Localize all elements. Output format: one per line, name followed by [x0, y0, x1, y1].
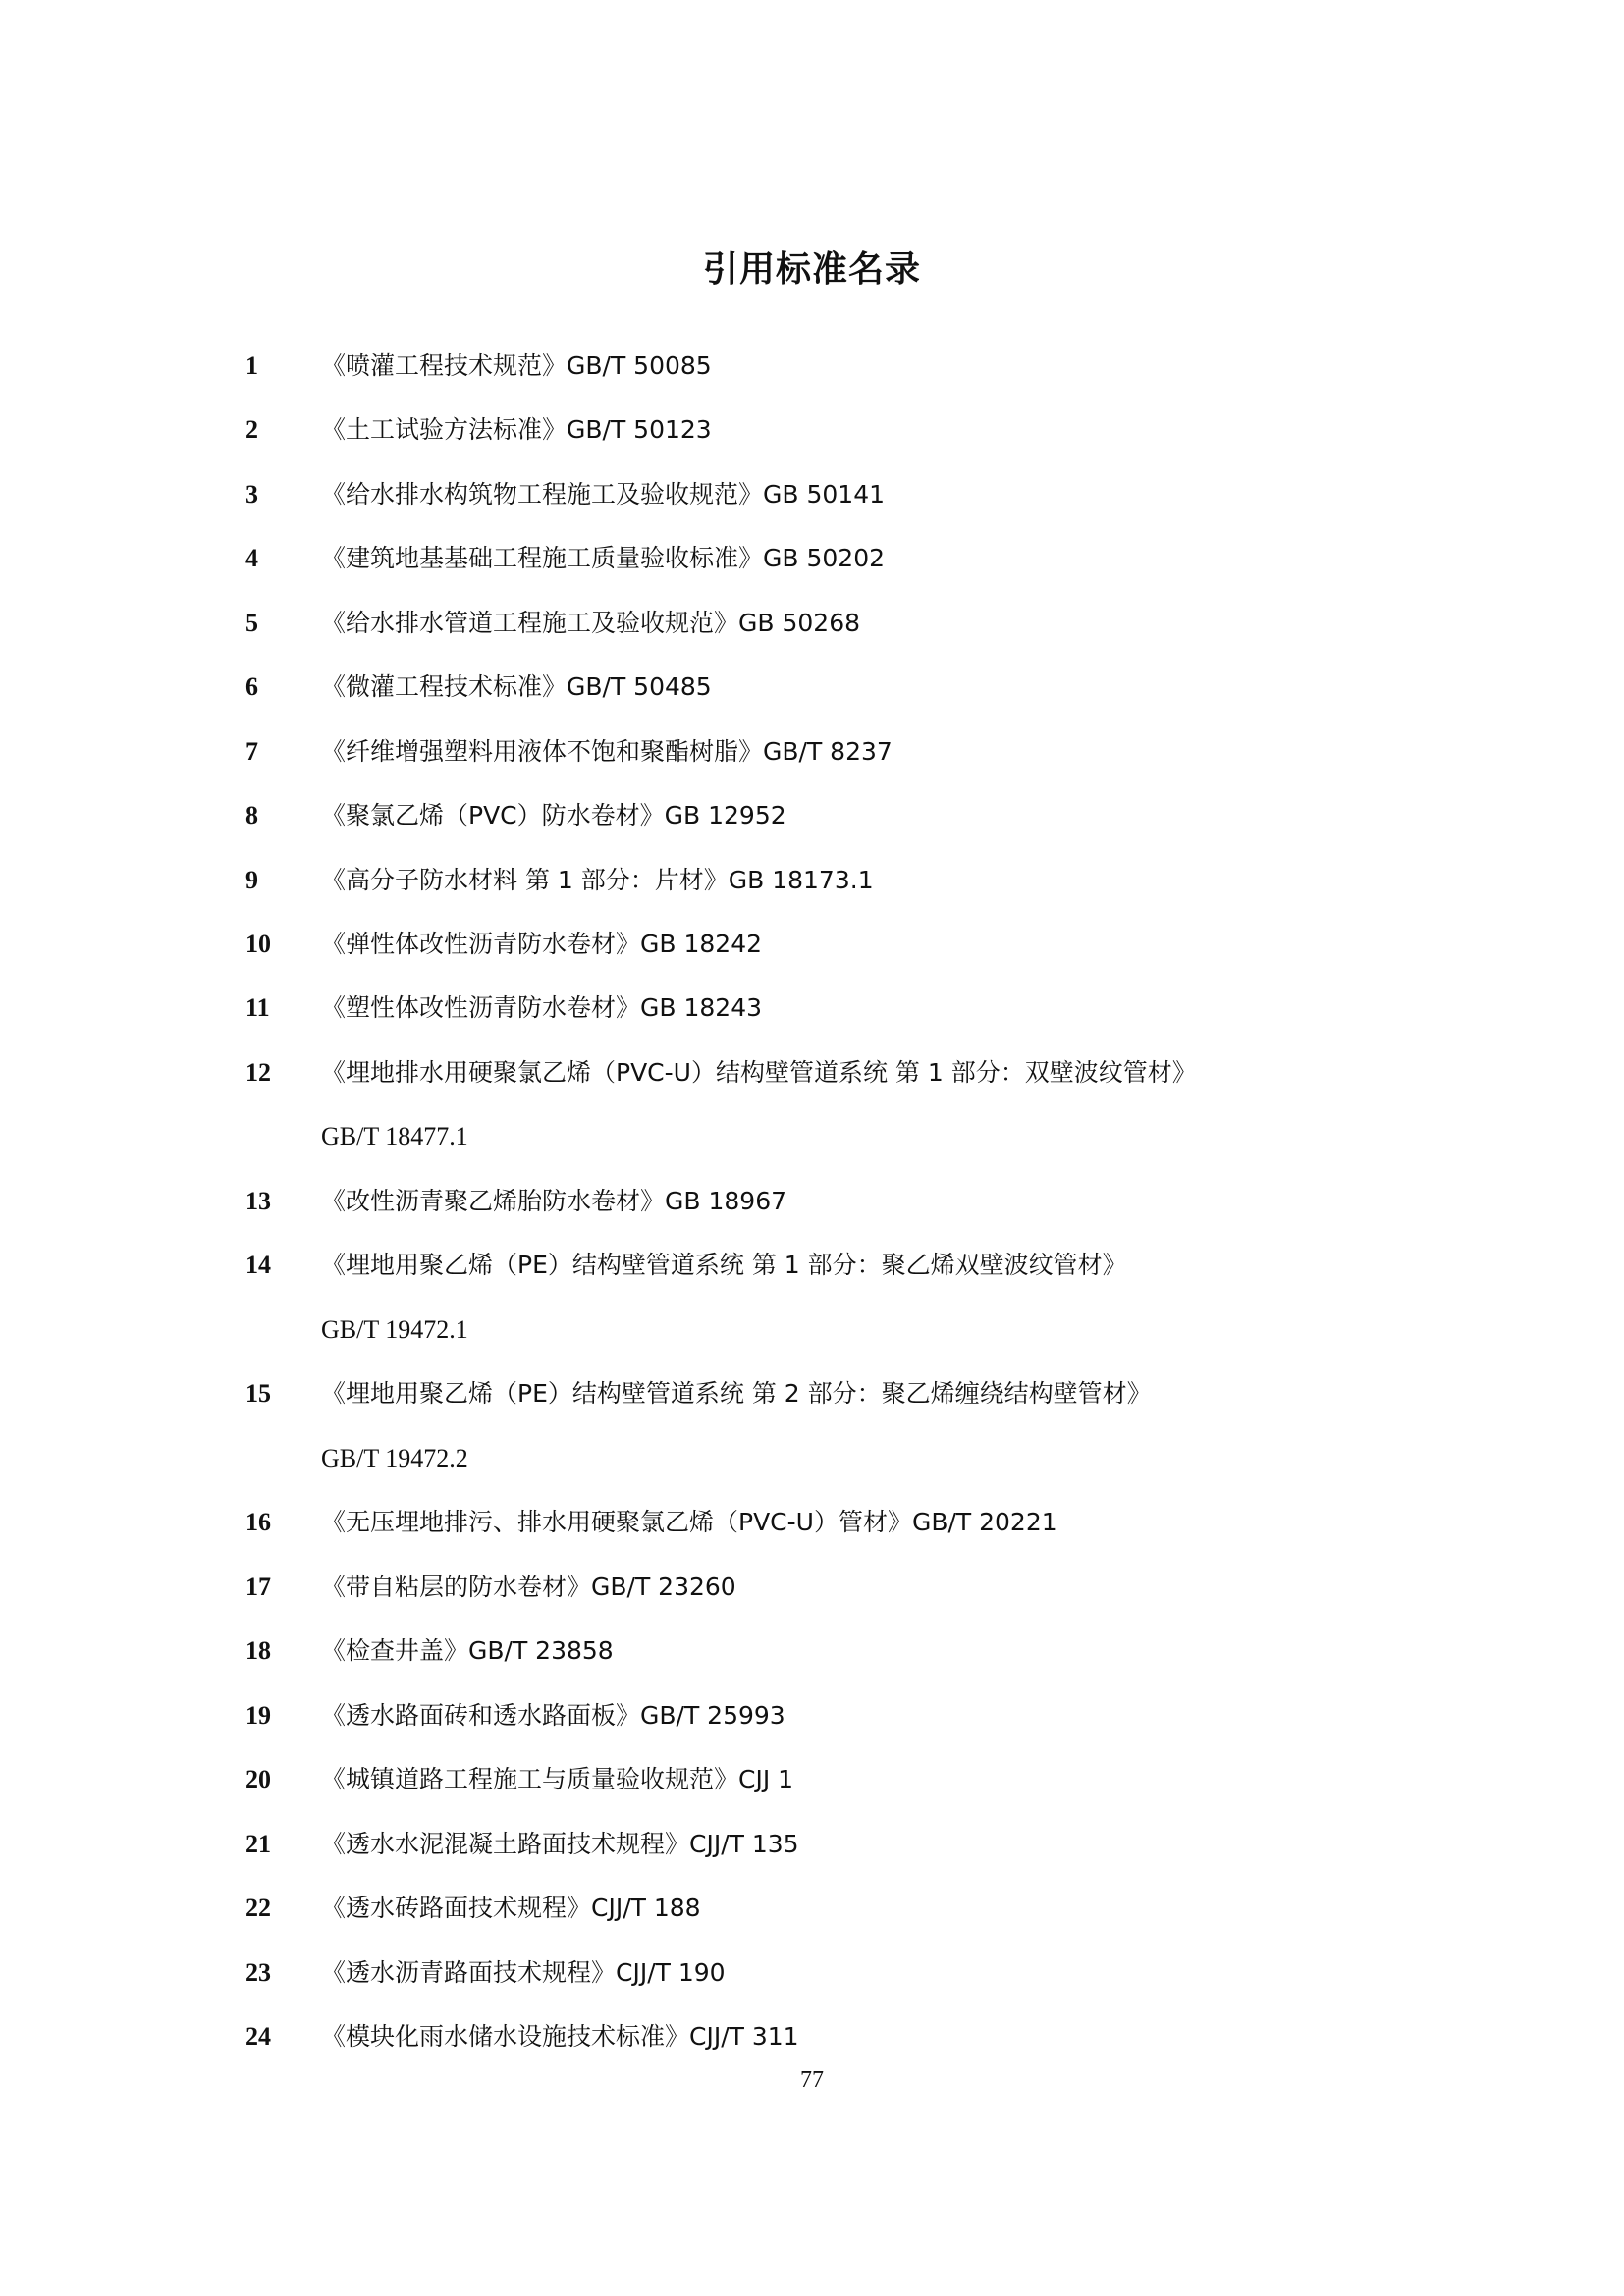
list-item: 7 《纤维增强塑料用液体不饱和聚酯树脂》GB/T 8237	[0, 732, 1624, 772]
item-text: 《聚氯乙烯（PVC）防水卷材》GB 12952	[321, 796, 786, 835]
item-text: 《带自粘层的防水卷材》GB/T 23260	[321, 1568, 736, 1607]
item-number: 20	[245, 1760, 271, 1799]
item-text: 《给水排水管道工程施工及验收规范》GB 50268	[321, 604, 860, 643]
item-number: 14	[245, 1246, 271, 1285]
list-item: 24 《模块化雨水储水设施技术标准》CJJ/T 311	[0, 2017, 1624, 2056]
item-code: GB/T 19472.1	[321, 1310, 468, 1350]
item-number: 4	[245, 539, 258, 578]
item-number: 8	[245, 796, 258, 835]
list-item: 2 《土工试验方法标准》GB/T 50123	[0, 410, 1624, 450]
list-item: 3 《给水排水构筑物工程施工及验收规范》GB 50141	[0, 475, 1624, 514]
list-item-continuation: GB/T 18477.1	[0, 1117, 1624, 1156]
item-code: GB/T 18477.1	[321, 1117, 468, 1156]
item-text: 《纤维增强塑料用液体不饱和聚酯树脂》GB/T 8237	[321, 732, 893, 772]
list-item: 10 《弹性体改性沥青防水卷材》GB 18242	[0, 925, 1624, 964]
item-number: 23	[245, 1953, 271, 1993]
item-number: 6	[245, 667, 258, 707]
page-title: 引用标准名录	[0, 241, 1624, 292]
item-text: 《透水沥青路面技术规程》CJJ/T 190	[321, 1953, 726, 1993]
item-text: 《透水路面砖和透水路面板》GB/T 25993	[321, 1696, 785, 1735]
list-item: 15 《埋地用聚乙烯（PE）结构壁管道系统 第 2 部分：聚乙烯缠绕结构壁管材》	[0, 1374, 1624, 1414]
list-item: 8 《聚氯乙烯（PVC）防水卷材》GB 12952	[0, 796, 1624, 835]
item-number: 2	[245, 410, 258, 450]
item-text: 《给水排水构筑物工程施工及验收规范》GB 50141	[321, 475, 885, 514]
item-number: 11	[245, 988, 270, 1028]
list-item: 20 《城镇道路工程施工与质量验收规范》CJJ 1	[0, 1760, 1624, 1799]
list-item: 6 《微灌工程技术标准》GB/T 50485	[0, 667, 1624, 707]
item-text: 《模块化雨水储水设施技术标准》CJJ/T 311	[321, 2017, 799, 2056]
item-number: 13	[245, 1182, 271, 1221]
list-item: 1 《喷灌工程技术规范》GB/T 50085	[0, 347, 1624, 386]
item-text: 《检查井盖》GB/T 23858	[321, 1631, 614, 1671]
item-text: 《埋地用聚乙烯（PE）结构壁管道系统 第 1 部分：聚乙烯双壁波纹管材》	[321, 1246, 1127, 1285]
list-item: 22 《透水砖路面技术规程》CJJ/T 188	[0, 1889, 1624, 1928]
list-item: 5 《给水排水管道工程施工及验收规范》GB 50268	[0, 604, 1624, 643]
item-text: 《弹性体改性沥青防水卷材》GB 18242	[321, 925, 762, 964]
item-number: 12	[245, 1053, 271, 1093]
item-number: 24	[245, 2017, 271, 2056]
list-item: 17 《带自粘层的防水卷材》GB/T 23260	[0, 1568, 1624, 1607]
item-number: 21	[245, 1825, 271, 1864]
list-item: 21 《透水水泥混凝土路面技术规程》CJJ/T 135	[0, 1825, 1624, 1864]
item-number: 22	[245, 1889, 271, 1928]
list-item: 9 《高分子防水材料 第 1 部分：片材》GB 18173.1	[0, 861, 1624, 900]
list-item: 12 《埋地排水用硬聚氯乙烯（PVC-U）结构壁管道系统 第 1 部分：双壁波纹…	[0, 1053, 1624, 1093]
item-text: 《无压埋地排污、排水用硬聚氯乙烯（PVC-U）管材》GB/T 20221	[321, 1503, 1057, 1542]
list-item: 13 《改性沥青聚乙烯胎防水卷材》GB 18967	[0, 1182, 1624, 1221]
list-item: 11 《塑性体改性沥青防水卷材》GB 18243	[0, 988, 1624, 1028]
item-number: 18	[245, 1631, 271, 1671]
list-item: 16 《无压埋地排污、排水用硬聚氯乙烯（PVC-U）管材》GB/T 20221	[0, 1503, 1624, 1542]
item-number: 16	[245, 1503, 271, 1542]
item-number: 19	[245, 1696, 271, 1735]
list-item: 14 《埋地用聚乙烯（PE）结构壁管道系统 第 1 部分：聚乙烯双壁波纹管材》	[0, 1246, 1624, 1285]
item-text: 《透水水泥混凝土路面技术规程》CJJ/T 135	[321, 1825, 799, 1864]
list-item: 18 《检查井盖》GB/T 23858	[0, 1631, 1624, 1671]
item-number: 7	[245, 732, 258, 772]
page-number: 77	[0, 2067, 1624, 2094]
item-text: 《城镇道路工程施工与质量验收规范》CJJ 1	[321, 1760, 793, 1799]
item-text: 《塑性体改性沥青防水卷材》GB 18243	[321, 988, 762, 1028]
list-item: 23 《透水沥青路面技术规程》CJJ/T 190	[0, 1953, 1624, 1993]
item-text: 《埋地用聚乙烯（PE）结构壁管道系统 第 2 部分：聚乙烯缠绕结构壁管材》	[321, 1374, 1152, 1414]
item-number: 15	[245, 1374, 271, 1414]
item-text: 《喷灌工程技术规范》GB/T 50085	[321, 347, 712, 386]
list-item-continuation: GB/T 19472.2	[0, 1439, 1624, 1478]
item-number: 9	[245, 861, 258, 900]
list-item-continuation: GB/T 19472.1	[0, 1310, 1624, 1350]
list-item: 19 《透水路面砖和透水路面板》GB/T 25993	[0, 1696, 1624, 1735]
item-number: 5	[245, 604, 258, 643]
item-text: 《微灌工程技术标准》GB/T 50485	[321, 667, 712, 707]
item-text: 《改性沥青聚乙烯胎防水卷材》GB 18967	[321, 1182, 786, 1221]
item-number: 10	[245, 925, 271, 964]
item-text: 《高分子防水材料 第 1 部分：片材》GB 18173.1	[321, 861, 874, 900]
item-text: 《透水砖路面技术规程》CJJ/T 188	[321, 1889, 701, 1928]
item-text: 《建筑地基基础工程施工质量验收标准》GB 50202	[321, 539, 885, 578]
item-code: GB/T 19472.2	[321, 1439, 468, 1478]
item-text: 《土工试验方法标准》GB/T 50123	[321, 410, 712, 450]
list-item: 4 《建筑地基基础工程施工质量验收标准》GB 50202	[0, 539, 1624, 578]
item-number: 3	[245, 475, 258, 514]
item-number: 1	[245, 347, 258, 386]
item-number: 17	[245, 1568, 271, 1607]
item-text: 《埋地排水用硬聚氯乙烯（PVC-U）结构壁管道系统 第 1 部分：双壁波纹管材》	[321, 1053, 1197, 1093]
